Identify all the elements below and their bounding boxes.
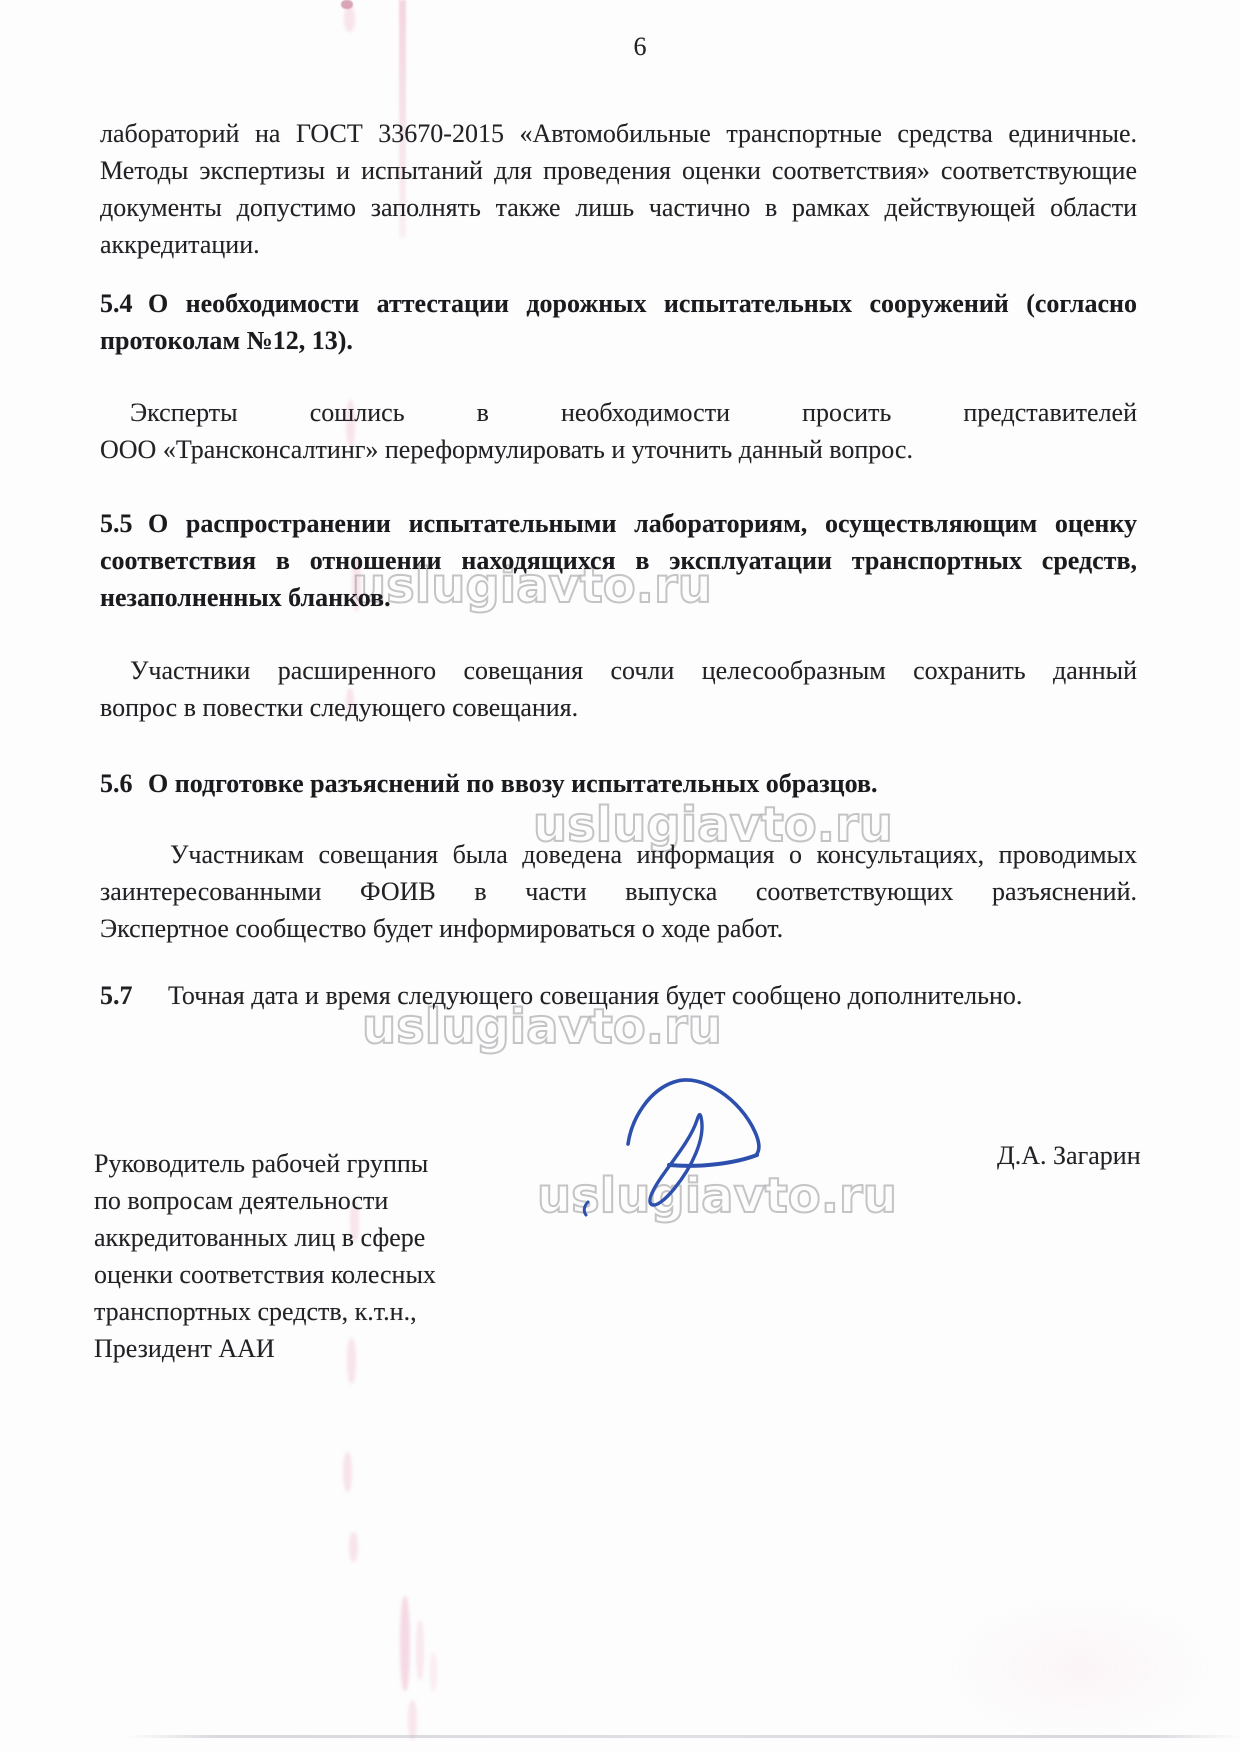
section-5-5-body: Участники расширенного совещания сочли ц… [100, 652, 1137, 726]
text-line: Участники расширенного совещания сочли ц… [100, 652, 1137, 689]
text-line: Методы экспертизы и испытаний для провед… [100, 152, 1137, 189]
heading-line: незаполненных бланков. [100, 579, 1137, 616]
section-number: 5.4 [100, 285, 148, 322]
text-line: аккредитации. [100, 226, 1137, 263]
section-number: 5.6 [100, 765, 148, 802]
section-5-4-body: Эксперты сошлись в необходимости просить… [100, 394, 1137, 468]
heading-text: О необходимости аттестации дорожных испы… [148, 289, 1137, 318]
section-5-4-heading: 5.4О необходимости аттестации дорожных и… [100, 285, 1137, 359]
heading-line: 5.5О распространении испытательными лабо… [100, 505, 1137, 542]
text-line: 5.7Точная дата и время следующего совеща… [100, 977, 1137, 1014]
text-line: документы допустимо заполнять также лишь… [100, 189, 1137, 226]
scan-artifact-speck [408, 1700, 417, 1740]
signoff-line: транспортных средств, к.т.н., [94, 1293, 574, 1330]
heading-text: О распространении испытательными лаборат… [148, 509, 1137, 538]
signature-arc [628, 1080, 759, 1155]
scan-edge-line [128, 1735, 1240, 1738]
signoff-line: Руководитель рабочей группы [94, 1145, 574, 1182]
text-line: Участникам совещания была доведена инфор… [100, 836, 1137, 873]
signoff-line: оценки соответствия колесных [94, 1256, 574, 1293]
section-5-6-heading: 5.6О подготовке разъяснений по ввозу исп… [100, 765, 1137, 802]
scan-artifact-speck [341, 0, 353, 9]
text-line: лабораторий на ГОСТ 33670-2015 «Автомоби… [100, 115, 1137, 152]
scan-artifact-speck [343, 1452, 352, 1492]
signer-name: Д.А. Загарин [997, 1137, 1141, 1174]
section-5-5-heading: 5.5О распространении испытательными лабо… [100, 505, 1137, 616]
intro-paragraph: лабораторий на ГОСТ 33670-2015 «Автомоби… [100, 115, 1137, 263]
text-line: Экспертное сообщество будет информироват… [100, 910, 1137, 947]
signature-tick [584, 1202, 588, 1215]
signature-loop [650, 1115, 702, 1205]
heading-line: 5.6О подготовке разъяснений по ввозу исп… [100, 765, 1137, 802]
signoff-line: Президент ААИ [94, 1330, 574, 1367]
scan-artifact-speck [416, 1620, 424, 1680]
page-number: 6 [600, 32, 680, 62]
heading-text: О подготовке разъяснений по ввозу испыта… [148, 769, 878, 798]
signoff-line: аккредитованных лиц в сфере [94, 1219, 574, 1256]
section-number: 5.7 [100, 977, 168, 1014]
signoff-title-block: Руководитель рабочей группы по вопросам … [94, 1145, 574, 1367]
section-number: 5.5 [100, 505, 148, 542]
text-line: Эксперты сошлись в необходимости просить… [100, 394, 1137, 431]
heading-line: протоколам №12, 13). [100, 322, 1137, 359]
section-5-7: 5.7Точная дата и время следующего совеща… [100, 977, 1137, 1014]
section-5-6-body: Участникам совещания была доведена инфор… [100, 836, 1137, 947]
text-line: вопрос в повестки следующего совещания. [100, 689, 1137, 726]
text-line: ООО «Трансконсалтинг» переформулировать … [100, 431, 1137, 468]
scan-artifact-speck [349, 1532, 358, 1562]
scan-artifact-speck [430, 1652, 437, 1692]
signoff-line: по вопросам деятельности [94, 1182, 574, 1219]
heading-line: соответствия в отношении находящихся в э… [100, 542, 1137, 579]
scan-artifact-mottle [950, 1598, 1210, 1738]
signature-ink [555, 1055, 785, 1225]
section-text: Точная дата и время следующего совещания… [168, 981, 1022, 1010]
scan-artifact-speck [400, 1596, 410, 1691]
scan-artifact-speck [344, 6, 355, 32]
text-line: заинтересованными ФОИВ в части выпуска с… [100, 873, 1137, 910]
heading-line: 5.4О необходимости аттестации дорожных и… [100, 285, 1137, 322]
scanned-document-page: uslugiavto.ru uslugiavto.ru uslugiavto.r… [0, 0, 1240, 1753]
signature-baseline-stroke [669, 1155, 757, 1166]
